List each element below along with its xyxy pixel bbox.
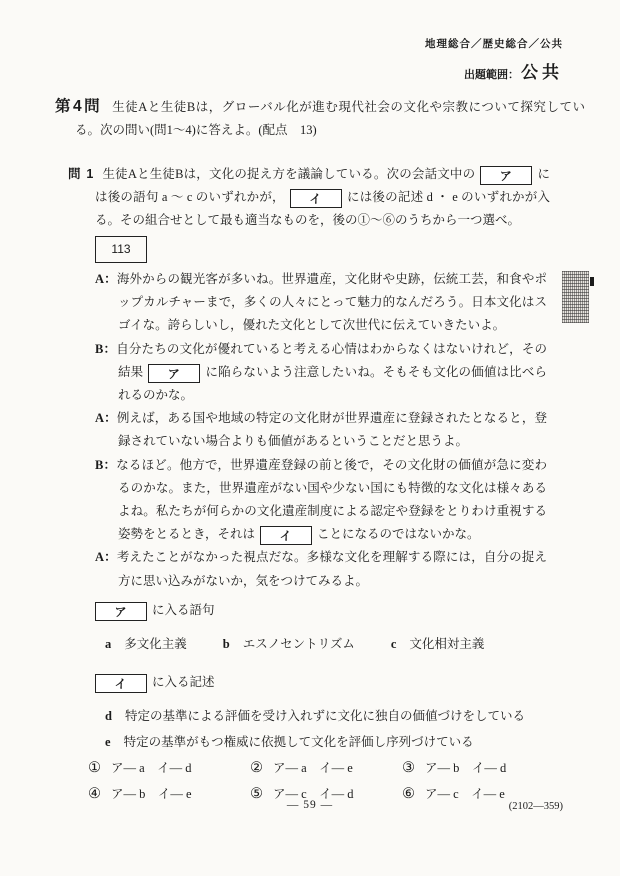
question-4-heading: 第4問生徒Aと生徒Bは，グローバル化が進む現代社会の文化や宗教について探究してい… — [55, 95, 585, 142]
scope-line: 出題範囲：公共 — [425, 58, 563, 83]
exam-page: 地理総合／歴史総合／公共 出題範囲：公共 第4問生徒Aと生徒Bは，グローバル化が… — [0, 0, 620, 876]
scope-label: 出題範囲： — [464, 69, 519, 81]
edge-registration-mark — [590, 277, 594, 286]
sub-question-1: 問 1生徒Aと生徒Bは，文化の捉え方を議論している。次の会話文中のアには後の語句… — [68, 163, 550, 263]
speaker-label: A： — [95, 411, 117, 425]
option-text: 特定の基準による評価を受け入れずに文化に独自の価値づけをしている — [125, 709, 525, 723]
option-text: 多文化主義 — [124, 637, 187, 651]
choice-1: ①ア― a イ― d — [88, 755, 250, 781]
dialogue-line: A：例えば，ある国や地域の特定の文化財が世界遺産に登録されたとなると，登録されて… — [95, 407, 547, 453]
option-text: エスノセントリズム — [243, 637, 355, 651]
term-options-heading: アに入る語句 — [95, 600, 557, 621]
blank-box-i: イ — [290, 189, 342, 208]
option-key: e — [105, 735, 111, 749]
term-option-b: bエスノセントリズム — [223, 634, 355, 652]
choice-3: ③ア― b イ― d — [402, 755, 552, 781]
choice-number: ① — [88, 755, 101, 781]
term-option-c: c文化相対主義 — [391, 634, 485, 652]
term-options-label: に入る語句 — [152, 603, 215, 617]
term-option-a: a多文化主義 — [105, 634, 187, 652]
desc-options-heading: イに入る記述 — [95, 672, 565, 693]
question-number: 第4問 — [55, 98, 102, 115]
desc-option-e: e特定の基準がもつ権威に依拠して文化を評価し序列づけている — [105, 730, 565, 756]
q1-text-pre: 生徒Aと生徒Bは，文化の捉え方を議論している。次の会話文中の — [102, 167, 475, 181]
option-text: 文化相対主義 — [409, 637, 484, 651]
option-key: b — [223, 637, 230, 651]
desc-option-d: d特定の基準による評価を受け入れずに文化に独自の価値づけをしている — [105, 704, 565, 730]
blank-box-a: ア — [148, 364, 200, 383]
dialogue-line: A：考えたことがなかった視点だな。多様な文化を理解する際には，自分の捉え方に思い… — [95, 546, 547, 592]
dialogue-text: ことになるのではないかな。 — [317, 527, 480, 541]
choice-text: ア― b イ― d — [425, 761, 506, 775]
dialogue-text: 例えば，ある国や地域の特定の文化財が世界遺産に登録されたとなると，登録されていな… — [117, 411, 547, 448]
speaker-label: A： — [95, 272, 117, 286]
speaker-label: B： — [95, 342, 116, 356]
term-options-block: アに入る語句 a多文化主義 bエスノセントリズム c文化相対主義 — [95, 600, 557, 652]
term-options-list: a多文化主義 bエスノセントリズム c文化相対主義 — [105, 634, 557, 652]
blank-box-i: イ — [95, 674, 147, 693]
choice-text: ア― a イ― e — [273, 761, 353, 775]
answer-number-box: 113 — [95, 236, 147, 263]
sub-question-1-text: 問 1生徒Aと生徒Bは，文化の捉え方を議論している。次の会話文中のアには後の語句… — [68, 163, 550, 232]
course-line: 地理総合／歴史総合／公共 — [425, 36, 563, 51]
choice-number: ② — [250, 755, 263, 781]
choice-number: ③ — [402, 755, 415, 781]
dialogue-line: B：なるほど。他方で，世界遺産登録の前と後で，その文化財の価値が急に変わるのかな… — [95, 454, 547, 547]
blank-box-a: ア — [95, 602, 147, 621]
option-key: d — [105, 709, 112, 723]
scope-subject: 公共 — [521, 63, 563, 82]
booklet-code: (2102—359) — [509, 801, 563, 812]
option-text: 特定の基準がもつ権威に依拠して文化を評価し序列づけている — [124, 735, 474, 749]
sub-question-1-label: 問 1 — [68, 167, 94, 181]
dialogue-text: 考えたことがなかった視点だな。多様な文化を理解する際には，自分の捉え方に思い込み… — [117, 550, 547, 587]
dialogue-line: A：海外からの観光客が多いね。世界遺産，文化財や史跡，伝統工芸，和食やポップカル… — [95, 268, 547, 338]
speaker-label: B： — [95, 458, 116, 472]
print-noise-mark — [562, 271, 589, 323]
desc-options-block: イに入る記述 d特定の基準による評価を受け入れずに文化に独自の価値づけをしている… — [95, 672, 565, 755]
option-key: c — [391, 637, 397, 651]
dialogue-block: A：海外からの観光客が多いね。世界遺産，文化財や史跡，伝統工芸，和食やポップカル… — [95, 268, 547, 593]
choice-2: ②ア― a イ― e — [250, 755, 402, 781]
dialogue-text: 海外からの観光客が多いね。世界遺産，文化財や史跡，伝統工芸，和食やポップカルチャ… — [117, 272, 547, 332]
desc-options-list: d特定の基準による評価を受け入れずに文化に独自の価値づけをしている e特定の基準… — [105, 704, 565, 755]
choice-text: ア― a イ― d — [111, 761, 192, 775]
option-key: a — [105, 637, 111, 651]
question-intro-text: 生徒Aと生徒Bは，グローバル化が進む現代社会の文化や宗教について探究している。次… — [75, 100, 585, 137]
blank-box-i: イ — [260, 526, 312, 545]
speaker-label: A： — [95, 550, 117, 564]
page-header: 地理総合／歴史総合／公共 出題範囲：公共 — [425, 36, 563, 83]
dialogue-line: B：自分たちの文化が優れていると考える心情はわからなくはないけれど，その結果アに… — [95, 338, 547, 408]
desc-options-label: に入る記述 — [152, 675, 215, 689]
blank-box-a: ア — [480, 166, 532, 185]
